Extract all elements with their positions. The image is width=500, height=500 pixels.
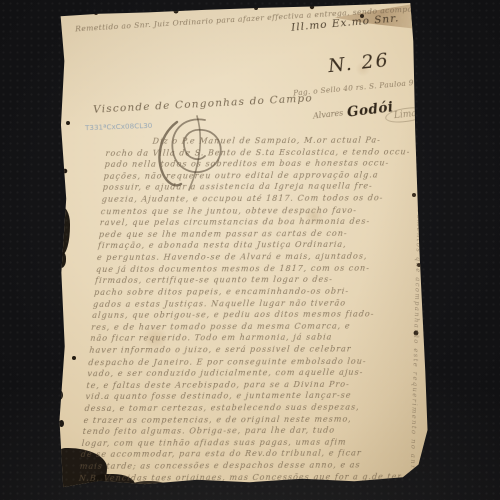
signature-alvares: Alvares	[313, 108, 344, 120]
dispatch-note-line: Remettido ao Snr. Juiz Ordinario para a	[75, 14, 243, 33]
manuscript-line: dessa, e tomar certezas, estabelecendo s…	[84, 401, 407, 414]
edge-speck	[56, 390, 63, 400]
stamp-duty-note: Pag. o Sello 40 rs. S. Pauloa 9 de Junho…	[293, 74, 443, 99]
archival-pencil-line: T33	[85, 123, 99, 132]
manuscript-line: N.B. Vencidas taes originaes, mas Conces…	[78, 471, 401, 484]
manuscript-page: Remettido ao Snr. Juiz Ordinario para af…	[55, 2, 429, 494]
ink-stain	[57, 252, 66, 268]
ink-stain	[52, 205, 70, 255]
manuscript-line: guezia, Ajudante, e occupou até 1817. Co…	[101, 192, 424, 205]
photograph-of-manuscript: Remettido ao Snr. Juiz Ordinario para af…	[0, 0, 500, 500]
stamp-note-line: a 9 de Junho de 1827	[401, 72, 487, 88]
manuscript-line: alguns, que obrigou-se, e pediu aos dito…	[92, 308, 415, 321]
archival-pencil-line: 1ªCx	[98, 122, 116, 132]
edge-speck	[59, 420, 64, 427]
document-number: N. 26	[327, 49, 391, 77]
dispatch-note-line: nhada do que lhe prestou pelo resp.vo Es…	[415, 0, 500, 13]
archival-pencil-note: T331ªCxCx08CL30	[85, 120, 153, 135]
petition-body: Diz o P.e Manuel de Sampaio, M.or actual…	[78, 134, 429, 484]
dispatch-note: Remettido ao Snr. Juiz Ordinario para af…	[75, 8, 325, 36]
archival-pencil-line: Cx08	[116, 121, 135, 131]
manuscript-line: pações, não requereu outro edital de app…	[103, 169, 426, 182]
ink-specks	[55, 2, 57, 4]
manuscript-line: vado, e ser conduzido judicialmente, com…	[87, 366, 410, 379]
